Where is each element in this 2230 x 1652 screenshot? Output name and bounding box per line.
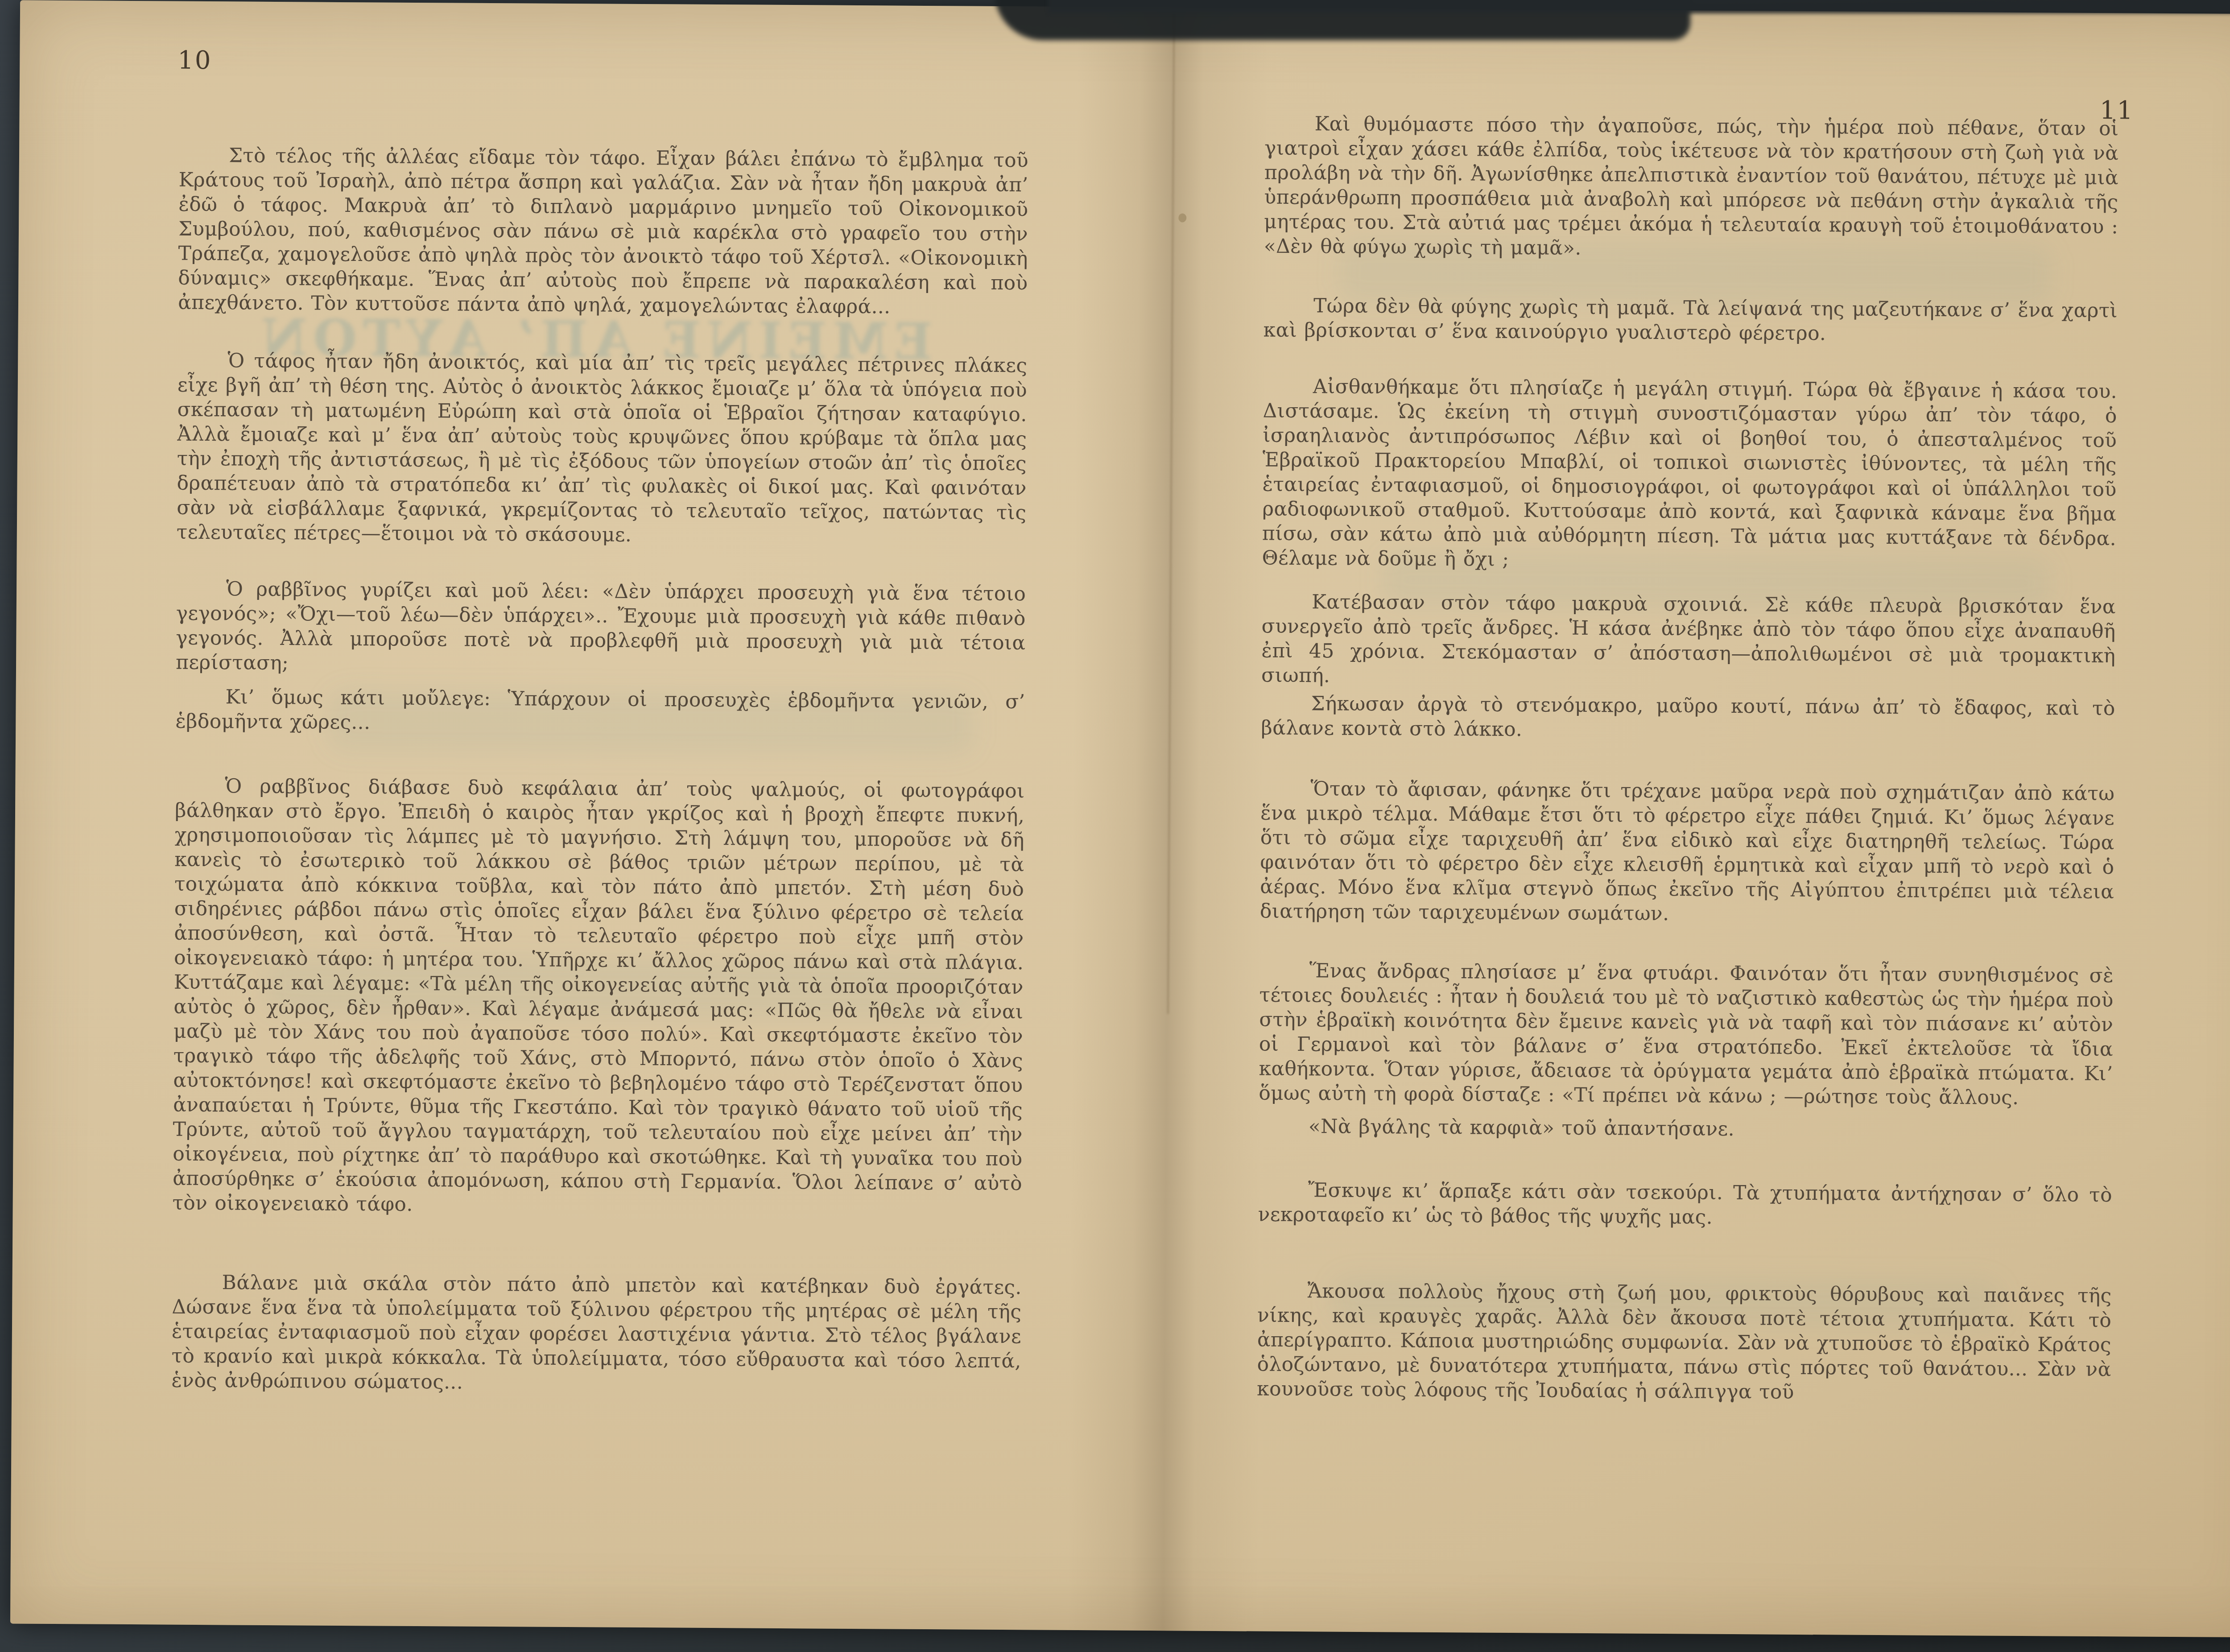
gutter-shadow: [1067, 7, 1269, 1631]
paragraph: Κατέβασαν στὸν τάφο μακρυὰ σχοινιά. Σὲ κ…: [1261, 590, 2116, 693]
paragraph: Σήκωσαν ἀργὰ τὸ στενόμακρο, μαῦρο κουτί,…: [1261, 691, 2115, 746]
paragraph: Ἔσκυψε κι’ ἅρπαξε κάτι σὰν τσεκούρι. Τὰ …: [1258, 1178, 2112, 1232]
paragraph: Ὁ ραββῖνος γυρίζει καὶ μοῦ λέει: «Δὲν ὑπ…: [176, 577, 1026, 680]
paragraph: Ὅταν τὸ ἄφισαν, φάνηκε ὅτι τρέχανε μαῦρα…: [1260, 776, 2115, 929]
paragraph: Ἄκουσα πολλοὺς ἤχους στὴ ζωή μου, φρικτο…: [1257, 1279, 2112, 1407]
paragraph: Στὸ τέλος τῆς ἀλλέας εἴδαμε τὸν τάφο. Εἶ…: [178, 143, 1028, 320]
scanned-book-photo: ΕΜΕΙΝΕ ΑΠ’ ΑΥΤΟΝ 10 Στὸ τέλος τῆς ἀλλέας…: [0, 0, 2230, 1652]
paragraph: Ὁ τάφος ἦταν ἤδη ἀνοικτός, καὶ μία ἀπ’ τ…: [177, 348, 1028, 550]
paragraph: Ὁ ραββῖνος διάβασε δυὸ κεφάλαια ἀπ’ τοὺς…: [173, 774, 1025, 1221]
paper-speck: [1178, 213, 1186, 222]
binding-top-edge: [1048, 0, 2230, 13]
right-page-text-column: Καὶ θυμόμαστε πόσο τὴν ἀγαποῦσε, πώς, τὴ…: [1257, 112, 2119, 1407]
left-page-text-column: Στὸ τέλος τῆς ἀλλέας εἴδαμε τὸν τάφο. Εἶ…: [171, 143, 1028, 1398]
paragraph: Αἰσθανθήκαμε ὅτι πλησίαζε ἡ μεγάλη στιγμ…: [1262, 374, 2117, 576]
book-spread: ΕΜΕΙΝΕ ΑΠ’ ΑΥΤΟΝ 10 Στὸ τέλος τῆς ἀλλέας…: [10, 0, 2230, 1638]
paragraph: Τώρα δὲν θὰ φύγης χωρὶς τὴ μαμᾶ. Τὰ λείψ…: [1264, 293, 2118, 348]
page-number-left: 10: [178, 46, 212, 75]
paragraph: «Νὰ βγάλης τὰ καρφιὰ» τοῦ ἀπαντήσανε.: [1259, 1114, 2113, 1144]
paragraph: Καὶ θυμόμαστε πόσο τὴν ἀγαποῦσε, πώς, τὴ…: [1264, 112, 2119, 264]
paragraph: Βάλανε μιὰ σκάλα στὸν πάτο ἀπὸ μπετὸν κα…: [171, 1270, 1022, 1398]
paragraph: Κι’ ὅμως κάτι μοὔλεγε: Ὑπάρχουν οἱ προσε…: [175, 685, 1025, 739]
paragraph: Ἕνας ἄνδρας πλησίασε μ’ ἕνα φτυάρι. Φαιν…: [1259, 958, 2114, 1111]
